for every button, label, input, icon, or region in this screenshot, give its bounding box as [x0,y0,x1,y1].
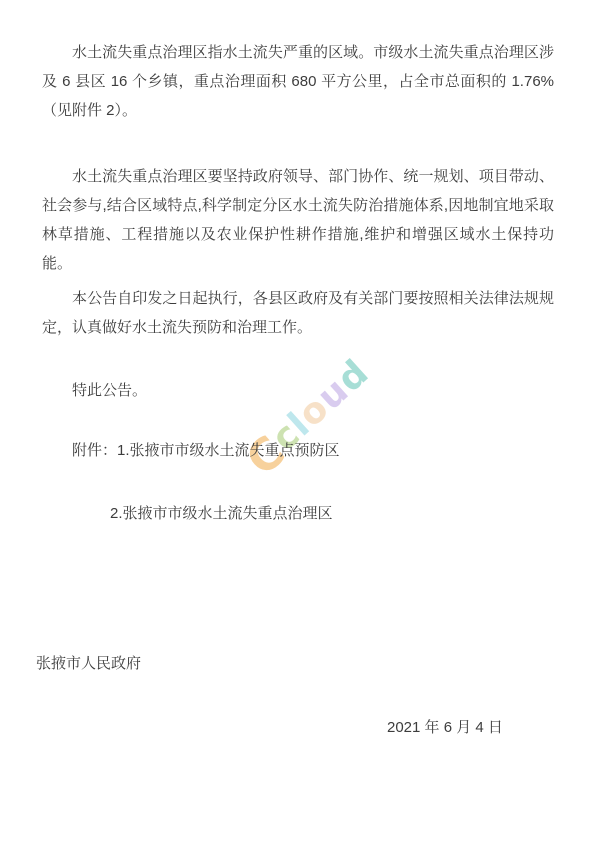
attachment-line-1: 附件：1.张掖市市级水土流失重点预防区 [42,436,554,465]
paragraph-treatment-zone-definition: 水土流失重点治理区指水土流失严重的区域。市级水土流失重点治理区涉及 6 县区 1… [42,38,554,125]
paragraph-hereby-announced: 特此公告。 [42,376,554,405]
announcement-page: Ccloud 水土流失重点治理区指水土流失严重的区域。市级水土流失重点治理区涉及… [0,0,595,841]
paragraph-treatment-zone-principles: 水土流失重点治理区要坚持政府领导、部门协作、统一规划、项目带动、社会参与,结合区… [42,162,554,278]
attachment-label: 附件： [72,442,117,459]
issuer-name: 张掖市人民政府 [36,649,141,678]
paragraph-effective-date: 本公告自印发之日起执行，各县区政府及有关部门要按照相关法律法规规定，认真做好水土… [42,284,554,342]
attachment-item-2: 2.张掖市市级水土流失重点治理区 [110,499,333,528]
attachment-item-1: 1.张掖市市级水土流失重点预防区 [117,442,340,459]
issue-date: 2021 年 6 月 4 日 [387,713,503,742]
